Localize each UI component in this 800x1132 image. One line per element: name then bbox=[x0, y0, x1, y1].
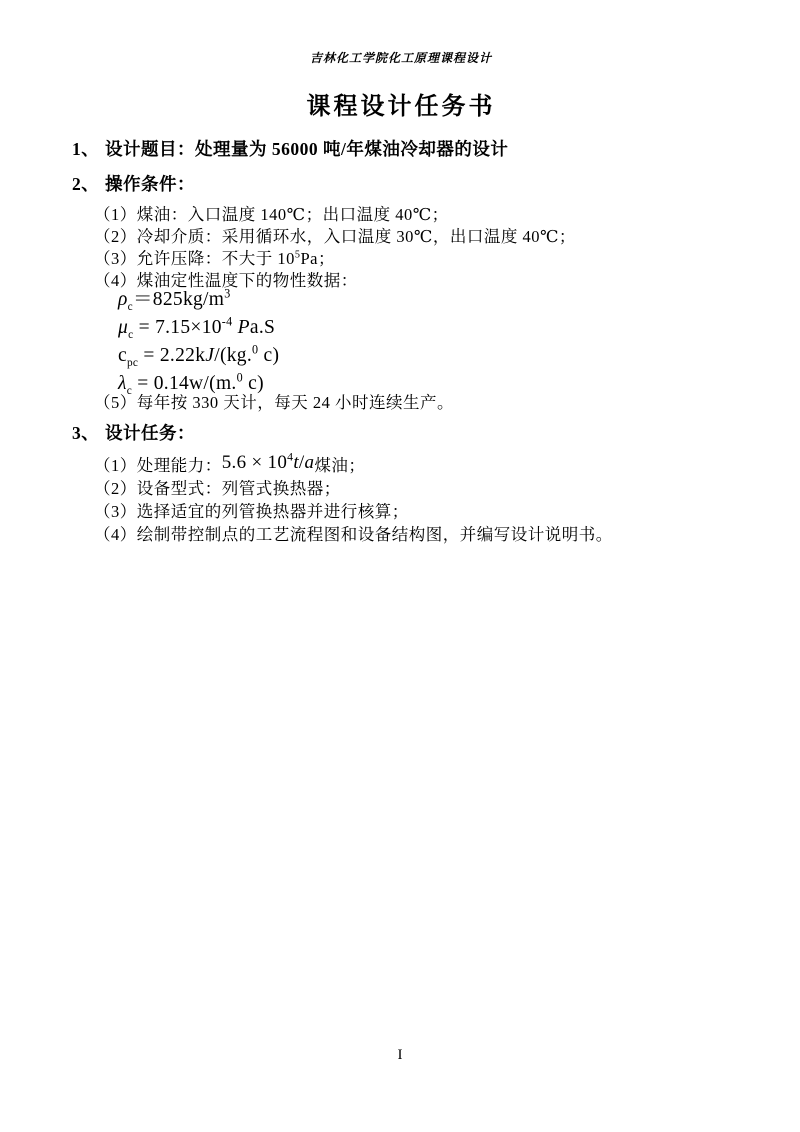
section-1-number: 1、 bbox=[72, 138, 105, 160]
list-item: （3）允许压降：不大于 105Pa； bbox=[94, 248, 730, 270]
document-title: 课程设计任务书 bbox=[72, 92, 730, 122]
physical-properties-block: ρc＝825kg/m3 μc = 7.15×10-4 Pa.S cpc = 2.… bbox=[118, 286, 730, 398]
section-3-heading: 3、 设计任务： bbox=[72, 422, 730, 444]
running-header: 吉林化工学院化工原理课程设计 bbox=[72, 50, 730, 66]
inline-math-capacity: 5.6 × 104t/a bbox=[222, 452, 315, 473]
section-3-number: 3、 bbox=[72, 422, 105, 444]
section-2-number: 2、 bbox=[72, 173, 105, 195]
formula-heat-capacity: cpc = 2.22kJ/(kg.0 c) bbox=[118, 342, 730, 370]
list-item: （2）冷却介质：采用循环水，入口温度 30℃，出口温度 40℃； bbox=[94, 226, 730, 248]
section-1-title: 设计题目：处理量为 56000 吨/年煤油冷却器的设计 bbox=[105, 138, 508, 160]
section-2-item-list: （1）煤油：入口温度 140℃；出口温度 40℃； （2）冷却介质：采用循环水，… bbox=[94, 204, 730, 292]
list-item: （4）绘制带控制点的工艺流程图和设备结构图，并编写设计说明书。 bbox=[94, 523, 730, 546]
section-2-heading: 2、 操作条件： bbox=[72, 173, 730, 195]
section-3-item-list: （1）处理能力：5.6 × 104t/a煤油； （2）设备型式：列管式换热器； … bbox=[94, 454, 730, 546]
list-item: （1）煤油：入口温度 140℃；出口温度 40℃； bbox=[94, 204, 730, 226]
list-item: （2）设备型式：列管式换热器； bbox=[94, 477, 730, 500]
list-item: （5）每年按 330 天计，每天 24 小时连续生产。 bbox=[94, 392, 730, 414]
section-2-title: 操作条件： bbox=[105, 173, 195, 195]
section-3-title: 设计任务： bbox=[105, 422, 195, 444]
formula-viscosity: μc = 7.15×10-4 Pa.S bbox=[118, 314, 730, 342]
list-item: （3）选择适宜的列管换热器并进行核算； bbox=[94, 500, 730, 523]
item-text-pre: （1）处理能力： bbox=[94, 456, 222, 475]
section-1-heading: 1、 设计题目：处理量为 56000 吨/年煤油冷却器的设计 bbox=[72, 138, 730, 160]
page-number: I bbox=[0, 1046, 800, 1064]
item-text-post: 煤油； bbox=[314, 456, 365, 475]
list-item: （1）处理能力：5.6 × 104t/a煤油； bbox=[94, 454, 730, 477]
formula-density: ρc＝825kg/m3 bbox=[118, 286, 730, 314]
document-page: 吉林化工学院化工原理课程设计 课程设计任务书 1、 设计题目：处理量为 5600… bbox=[0, 0, 800, 1132]
